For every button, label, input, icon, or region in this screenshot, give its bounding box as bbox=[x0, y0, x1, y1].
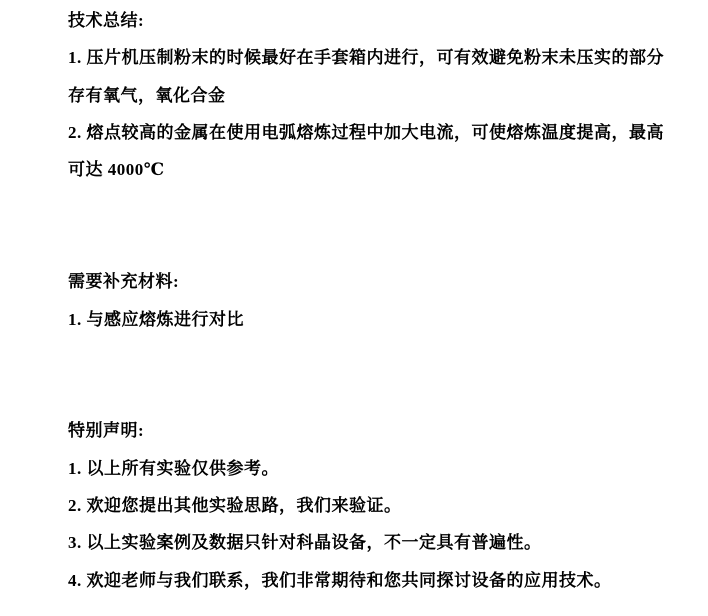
special-statement-item-3: 3. 以上实验案例及数据只针对科晶设备，不一定具有普遍性。 bbox=[68, 522, 708, 559]
special-statement-item-1: 1. 以上所有实验仅供参考。 bbox=[68, 448, 708, 485]
blank-lines bbox=[68, 186, 708, 261]
document-page: 技术总结: 1. 压片机压制粉末的时候最好在手套箱内进行，可有效避免粉末未压实的… bbox=[0, 0, 708, 616]
section-heading-technical-summary: 技术总结: bbox=[68, 0, 708, 37]
blank-lines bbox=[68, 336, 708, 411]
special-statement-item-2: 2. 欢迎您提出其他实验思路，我们来验证。 bbox=[68, 485, 708, 522]
technical-summary-item-2-line-2: 可达 4000℃ bbox=[68, 149, 708, 186]
technical-summary-item-1-line-1: 1. 压片机压制粉末的时候最好在手套箱内进行，可有效避免粉末未压实的部分 bbox=[68, 37, 708, 74]
section-heading-special-statement: 特别声明: bbox=[68, 410, 708, 447]
technical-summary-item-2-line-1: 2. 熔点较高的金属在使用电弧熔炼过程中加大电流，可使熔炼温度提高，最高 bbox=[68, 112, 708, 149]
section-heading-supplementary-materials: 需要补充材料: bbox=[68, 261, 708, 298]
special-statement-item-4: 4. 欢迎老师与我们联系，我们非常期待和您共同探讨设备的应用技术。 bbox=[68, 559, 708, 596]
technical-summary-item-1-line-2: 存有氧气，氧化合金 bbox=[68, 75, 708, 112]
supplementary-materials-item-1: 1. 与感应熔炼进行对比 bbox=[68, 298, 708, 335]
